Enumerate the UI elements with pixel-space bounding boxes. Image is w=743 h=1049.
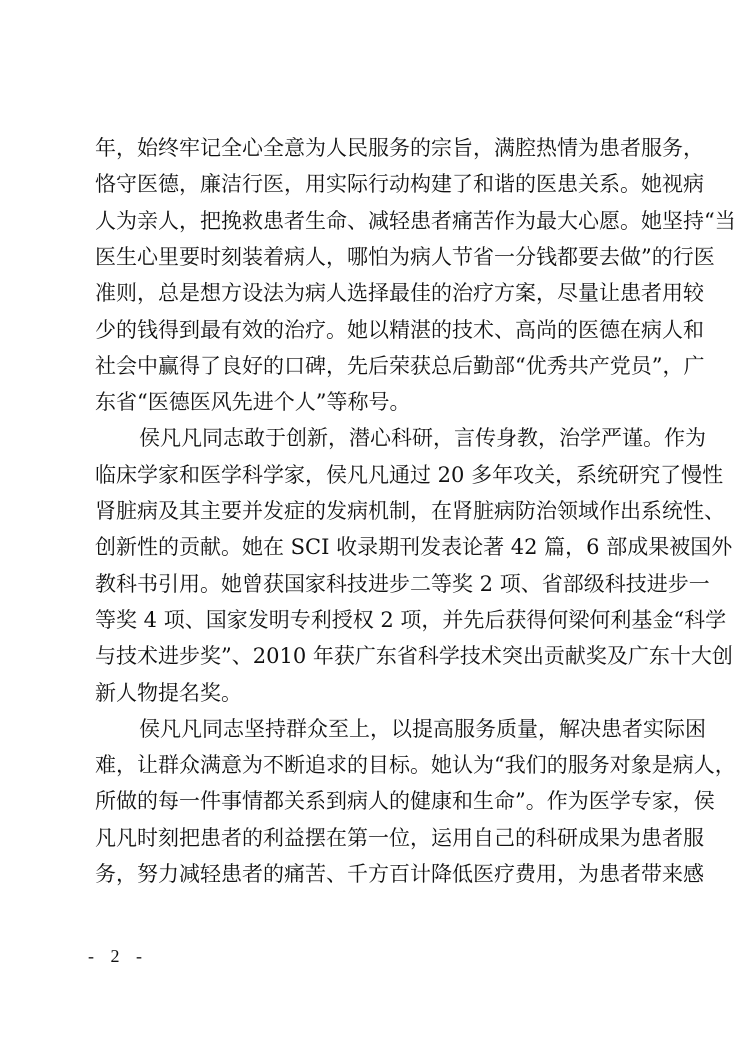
text-line: 等奖 4 项、国家发明专利授权 2 项，并先后获得何梁何利基金“科学 xyxy=(95,607,647,633)
page-number: - 2 - xyxy=(88,944,148,968)
text-line: 难，让群众满意为不断追求的目标。她认为“我们的服务对象是病人， xyxy=(95,752,647,778)
text-line: 准则，总是想方设法为病人选择最佳的治疗方案，尽量让患者用较 xyxy=(95,280,647,306)
text-line: 恪守医德，廉洁行医，用实际行动构建了和谐的医患关系。她视病 xyxy=(95,171,647,197)
text-line: 所做的每一件事情都关系到病人的健康和生命”。作为医学专家，侯 xyxy=(95,788,647,814)
text-line: 人为亲人，把挽救患者生命、减轻患者痛苦作为最大心愿。她坚持“当 xyxy=(95,208,647,234)
text-line: 创新性的贡献。她在 SCI 收录期刊发表论著 42 篇，6 部成果被国外 xyxy=(95,534,647,560)
text-line: 东省“医德医风先进个人”等称号。 xyxy=(95,389,647,415)
text-line: 少的钱得到最有效的治疗。她以精湛的技术、高尚的医德在病人和 xyxy=(95,317,647,343)
text-line: 教科书引用。她曾获国家科技进步二等奖 2 项、省部级科技进步一 xyxy=(95,571,647,597)
text-line: 肾脏病及其主要并发症的发病机制，在肾脏病防治领域作出系统性、 xyxy=(95,498,647,524)
text-line: 侯凡凡同志敢于创新，潜心科研，言传身教，治学严谨。作为 xyxy=(139,425,647,451)
text-line: 凡凡时刻把患者的利益摆在第一位，运用自己的科研成果为患者服 xyxy=(95,825,647,851)
text-line: 与技术进步奖”、2010 年获广东省科学技术突出贡献奖及广东十大创 xyxy=(95,643,647,669)
text-line: 侯凡凡同志坚持群众至上，以提高服务质量，解决患者实际困 xyxy=(139,716,647,742)
text-line: 医生心里要时刻装着病人，哪怕为病人节省一分钱都要去做”的行医 xyxy=(95,244,647,270)
text-line: 社会中赢得了良好的口碑，先后荣获总后勤部“优秀共产党员”，广 xyxy=(95,353,647,379)
text-line: 务，努力减轻患者的痛苦、千方百计降低医疗费用，为患者带来感 xyxy=(95,861,647,887)
document-page: 年，始终牢记全心全意为人民服务的宗旨，满腔热情为患者服务，恪守医德，廉洁行医，用… xyxy=(0,0,743,1049)
text-line: 临床学家和医学科学家，侯凡凡通过 20 多年攻关，系统研究了慢性 xyxy=(95,462,647,488)
text-line: 新人物提名奖。 xyxy=(95,680,647,706)
text-line: 年，始终牢记全心全意为人民服务的宗旨，满腔热情为患者服务， xyxy=(95,135,647,161)
